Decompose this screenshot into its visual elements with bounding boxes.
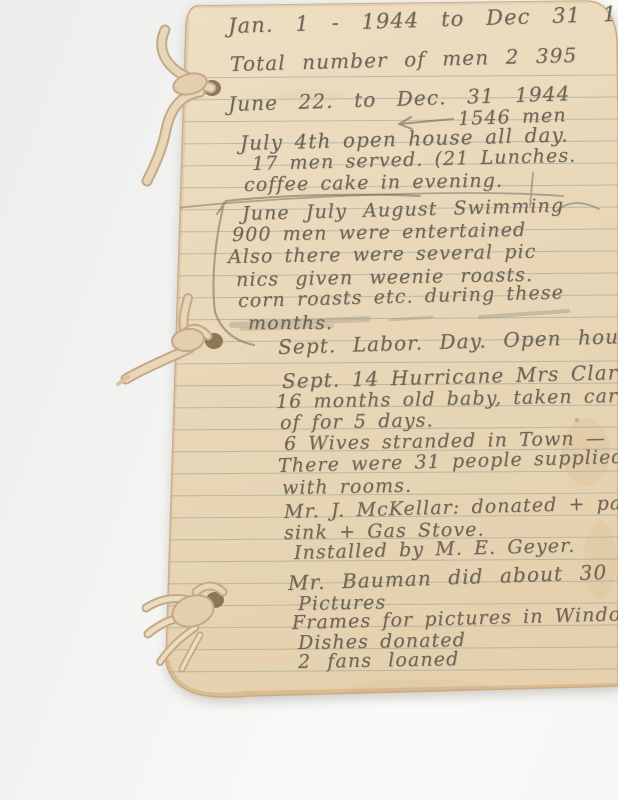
handwritten-line: Mr. Bauman did about 30	[288, 560, 608, 595]
handwritten-line: Total number of men 2 395	[230, 43, 578, 76]
handwritten-line: 2 fans loaned	[298, 648, 460, 673]
handwritten-line: months.	[248, 312, 333, 334]
scanned-page-stage: Jan. 1 - 1944 to Dec 31 1944 Total numbe…	[0, 0, 618, 800]
handwriting-layer: Jan. 1 - 1944 to Dec 31 1944 Total numbe…	[0, 0, 618, 800]
handwritten-line: coffee cake in evening.	[244, 169, 503, 196]
handwritten-line: with rooms.	[282, 475, 412, 499]
page-heading: Jan. 1 - 1944 to Dec 31 1944	[228, 0, 618, 38]
